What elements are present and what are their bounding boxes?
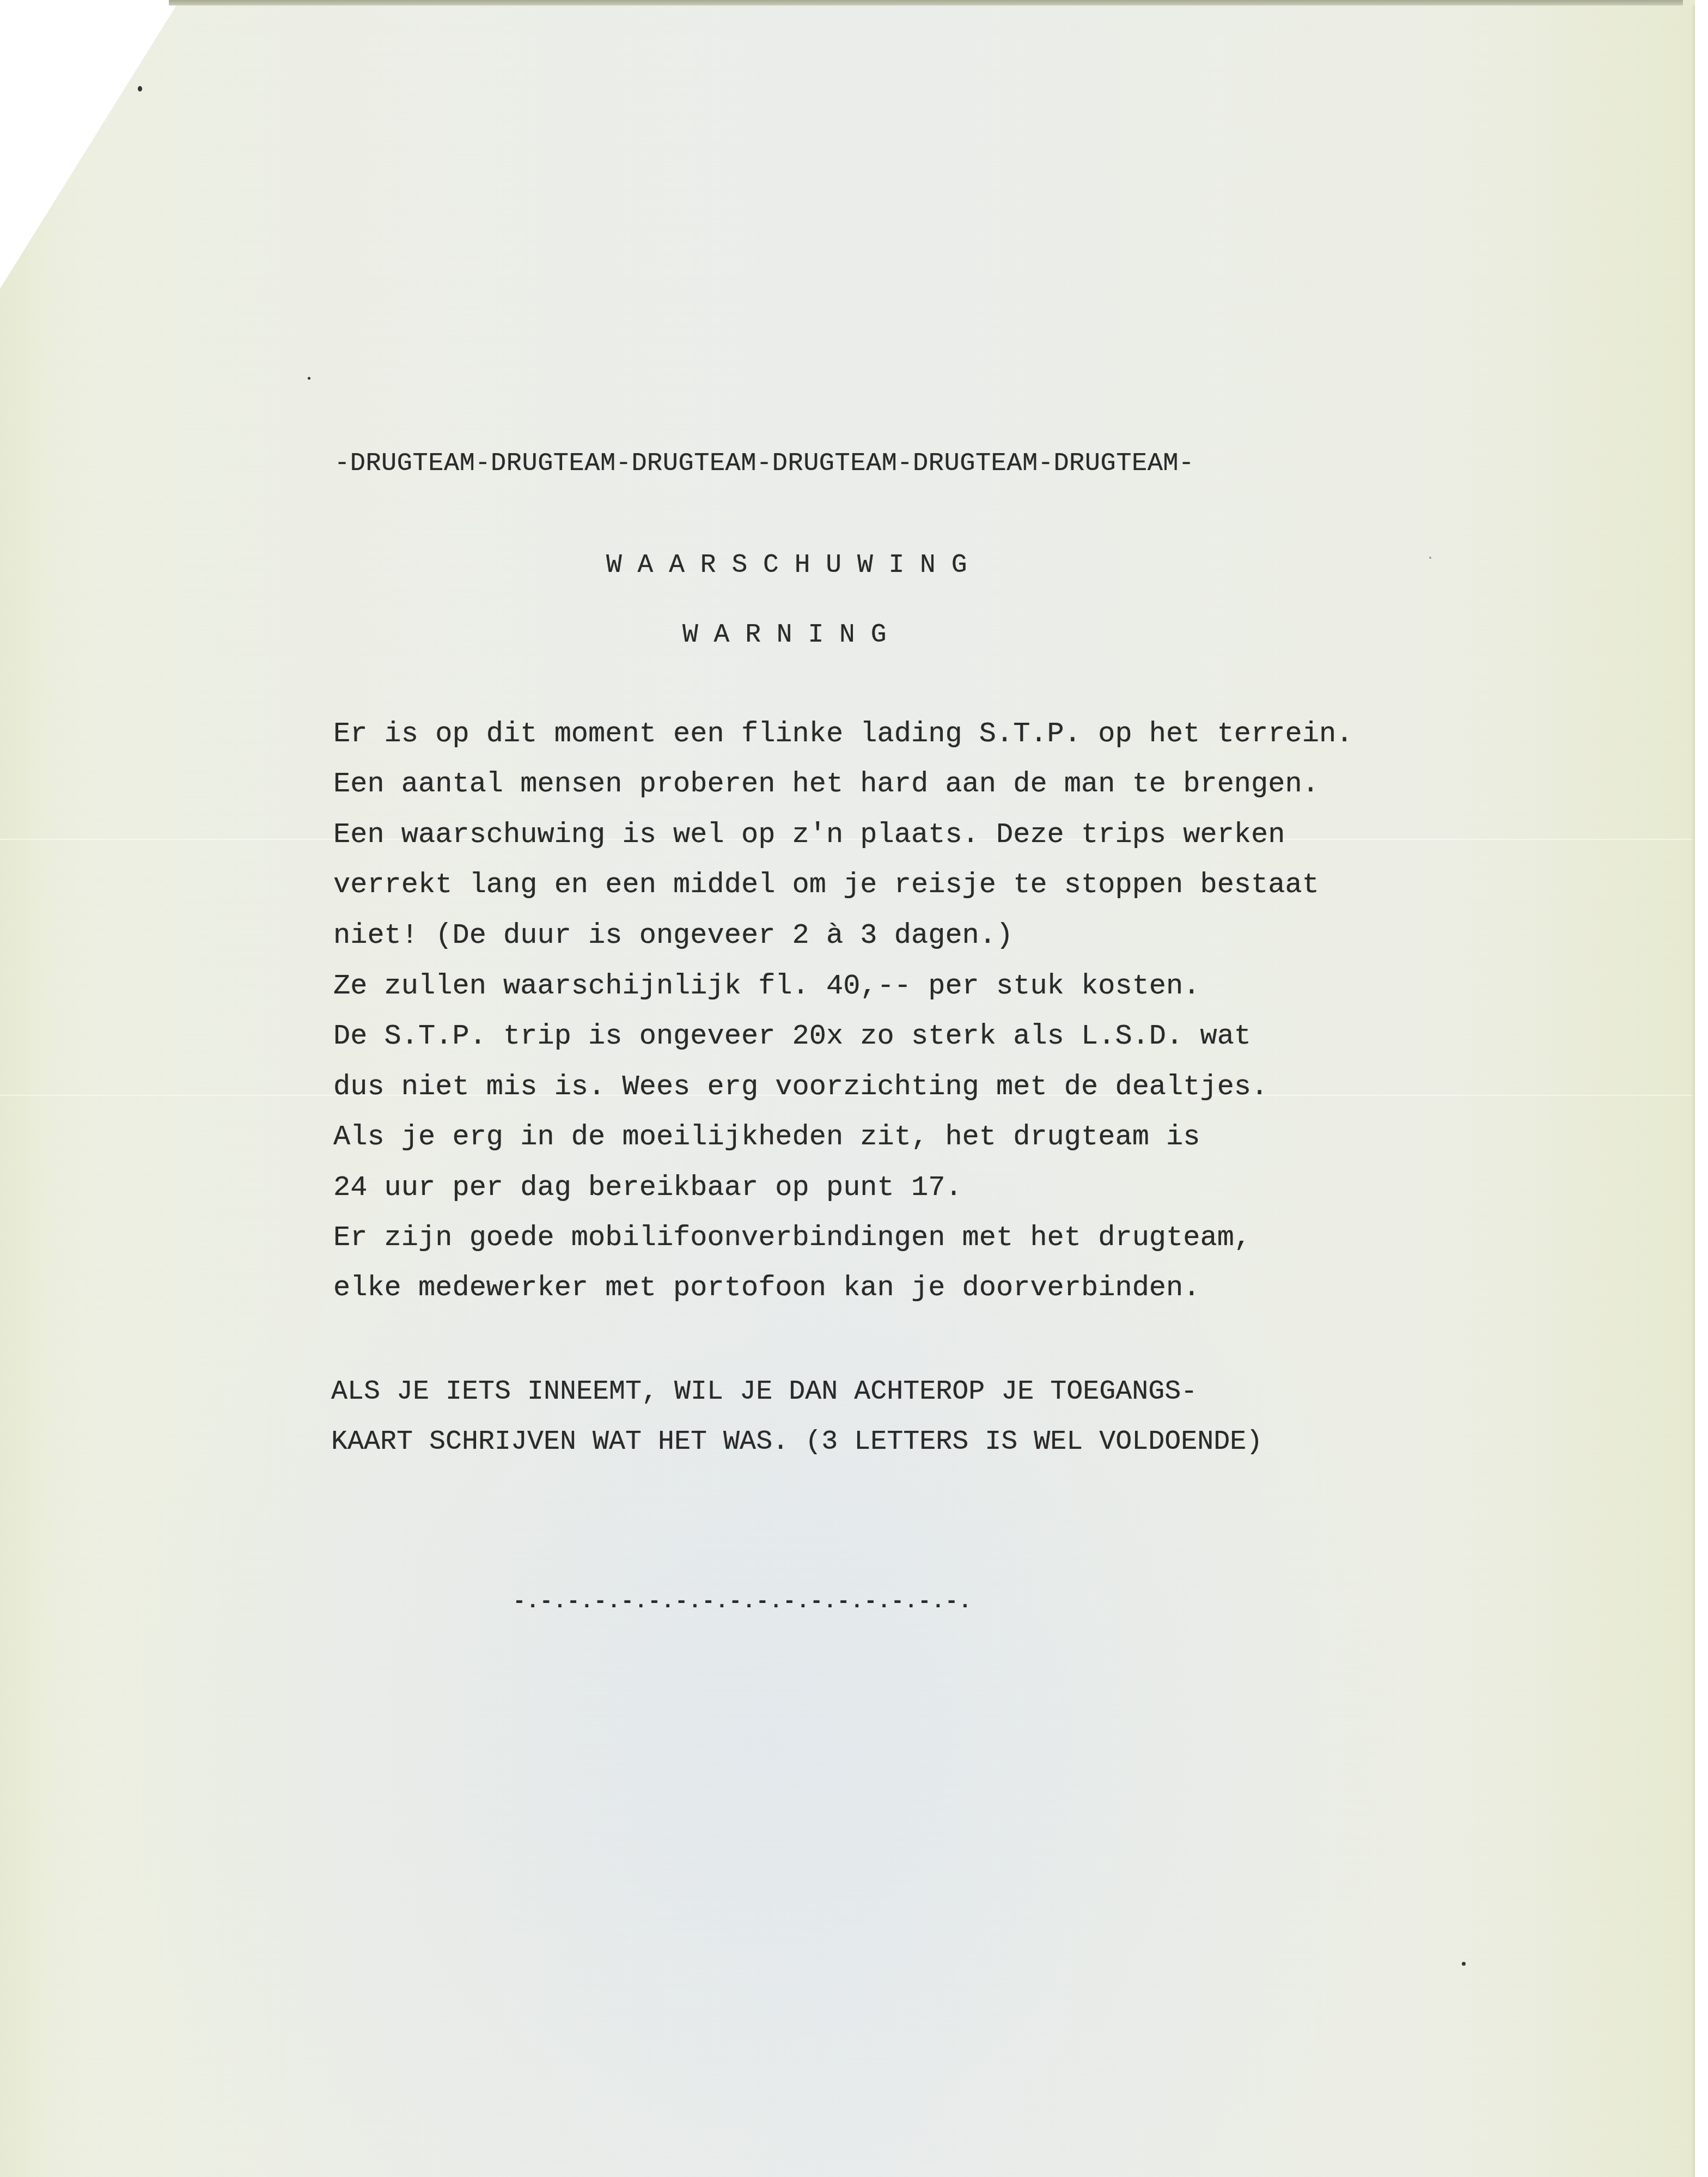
body-line: 24 uur per dag bereikbaar op punt 17. (333, 1172, 962, 1204)
body-line: Er is op dit moment een flinke lading S.… (333, 718, 1353, 751)
paper-speck (308, 377, 310, 380)
body-line: Ze zullen waarschijnlijk fl. 40,-- per s… (333, 970, 1200, 1003)
caps-notice-line: KAART SCHRIJVEN WAT HET WAS. (3 LETTERS … (331, 1426, 1262, 1459)
closing-separator: -.-.-.-.-.-.-.-.-.-.-.-.-.-.-.-.-. (513, 1586, 972, 1619)
drugteam-banner: -DRUGTEAM-DRUGTEAM-DRUGTEAM-DRUGTEAM-DRU… (334, 448, 1194, 480)
body-line: Een waarschuwing is wel op z'n plaats. D… (333, 819, 1285, 851)
paper-right-edge (1691, 5, 1695, 2177)
paper-speck (1462, 1962, 1466, 1966)
body-line: dus niet mis is. Wees erg voorzichting m… (333, 1071, 1268, 1103)
scan-canvas: -DRUGTEAM-DRUGTEAM-DRUGTEAM-DRUGTEAM-DRU… (0, 0, 1708, 2177)
title-waarschuwing: W A A R S C H U W I N G (606, 549, 967, 582)
caps-notice-line: ALS JE IETS INNEEMT, WIL JE DAN ACHTEROP… (331, 1376, 1197, 1408)
paper-top-edge (169, 0, 1683, 5)
body-line: elke medewerker met portofoon kan je doo… (333, 1272, 1200, 1304)
paper-speck (1429, 557, 1431, 559)
body-line: Een aantal mensen proberen het hard aan … (333, 768, 1319, 801)
body-line: niet! (De duur is ongeveer 2 à 3 dagen.) (333, 919, 1013, 952)
body-line: verrekt lang en een middel om je reisje … (333, 869, 1319, 901)
body-line: Er zijn goede mobilifoonverbindingen met… (333, 1222, 1251, 1254)
body-line: Als je erg in de moeilijkheden zit, het … (333, 1121, 1200, 1154)
paper-speck (138, 86, 142, 92)
body-line: De S.T.P. trip is ongeveer 20x zo sterk … (333, 1020, 1251, 1053)
title-warning: W A R N I N G (682, 619, 886, 651)
